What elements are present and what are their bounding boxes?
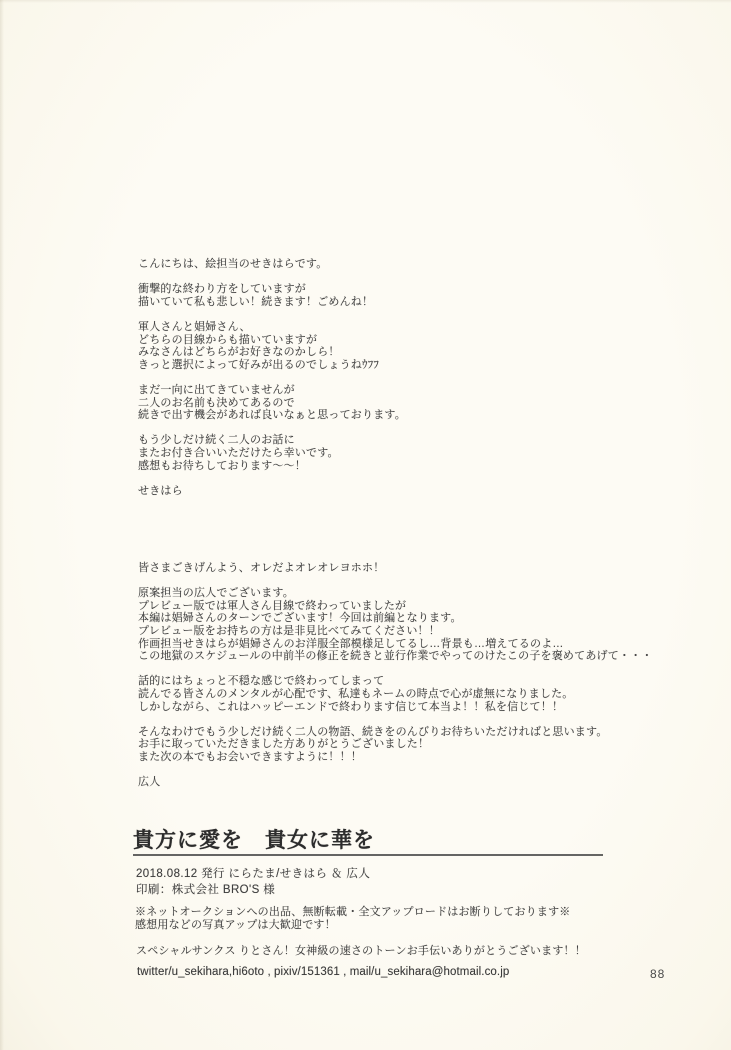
text-line: ※ネットオークションへの出品、無断転載・全文アップロードはお断りしております※ bbox=[135, 906, 570, 919]
text-line: また次の本でもお会いできますように！！！ bbox=[138, 751, 653, 764]
text-line bbox=[138, 371, 406, 384]
text-line: しかしながら、これはハッピーエンドで終わります信じて本当よ！！私を信じて！！ bbox=[138, 701, 653, 714]
text-line: 広人 bbox=[138, 776, 653, 789]
book-title: 貴方に愛を 貴女に華を bbox=[133, 824, 375, 854]
text-line: きっと選択によって好みが出るのでしょうねｳﾌﾌ bbox=[138, 359, 406, 372]
text-line: 感想もお待ちしております～～！ bbox=[138, 460, 406, 473]
text-line: プレビュー版をお持ちの方は是非見比べてみてください！！ bbox=[138, 625, 653, 638]
text-line: プレビュー版では軍人さん目線で終わっていましたが bbox=[138, 600, 653, 613]
text-line bbox=[138, 713, 653, 726]
text-line: 本編は娼婦さんのターンでございます！今回は前編となります。 bbox=[138, 612, 653, 625]
text-line: せきはら bbox=[138, 485, 406, 498]
text-line: 軍人さんと娼婦さん、 bbox=[138, 321, 406, 334]
printer-line: 印刷：株式会社 BRO'S 様 bbox=[136, 883, 370, 899]
text-line: 皆さまごきげんよう、オレだよオレオレヨホホ！ bbox=[138, 562, 653, 575]
page-number: 88 bbox=[650, 967, 665, 981]
text-line: お手に取っていただきました方ありがとうございました！ bbox=[138, 738, 653, 751]
text-line: この地獄のスケジュールの中前半の修正を続きと並行作業でやってのけたこの子を褒めて… bbox=[138, 650, 653, 663]
text-line: 読んでる皆さんのメンタルが心配です、私達もネームの時点で心が虚無になりました。 bbox=[138, 688, 653, 701]
scanned-page: こんにちは、絵担当のせきはらです。 衝撃的な終わり方をしていますが描いていて私も… bbox=[0, 0, 731, 1050]
text-line: 続きで出す機会があれば良いなぁと思っております。 bbox=[138, 409, 406, 422]
text-line: 描いていて私も悲しい！続きます！ごめんね！ bbox=[138, 296, 406, 309]
text-line bbox=[138, 663, 653, 676]
reprint-notice: ※ネットオークションへの出品、無断転載・全文アップロードはお断りしております※感… bbox=[135, 906, 570, 932]
text-line: まだ一向に出てきていませんが bbox=[138, 384, 406, 397]
artist-afterword-text: こんにちは、絵担当のせきはらです。 衝撃的な終わり方をしていますが描いていて私も… bbox=[138, 258, 406, 497]
text-line: 衝撃的な終わり方をしていますが bbox=[138, 283, 406, 296]
text-line bbox=[138, 422, 406, 435]
text-line: 原案担当の広人でございます。 bbox=[138, 587, 653, 600]
text-line: もう少しだけ続く二人のお話に bbox=[138, 434, 406, 447]
special-thanks: スペシャルサンクス りとさん！女神級の速さのトーンお手伝いありがとうございます！… bbox=[136, 942, 586, 958]
writer-afterword-text: 皆さまごきげんよう、オレだよオレオレヨホホ！ 原案担当の広人でございます。プレビ… bbox=[138, 562, 653, 789]
text-line: どちらの目線からも描いていますが bbox=[138, 334, 406, 347]
text-line: そんなわけでもう少しだけ続く二人の物語、続きをのんびりお待ちいただければと思いま… bbox=[138, 726, 653, 739]
text-line: 作画担当せきはらが娼婦さんのお洋服全部模様足してるし…背景も…増えてるのよ… bbox=[138, 638, 653, 651]
text-line: 話的にはちょっと不穏な感じで終わってしまって bbox=[138, 675, 653, 688]
title-divider bbox=[133, 854, 603, 856]
publication-info: 2018.08.12 発行 にらたま/せきはら ＆ 広人 印刷：株式会社 BRO… bbox=[136, 867, 370, 898]
contact-info: twitter/u_sekihara,hi6oto , pixiv/151361… bbox=[137, 966, 509, 978]
text-line bbox=[138, 308, 406, 321]
text-line bbox=[138, 271, 406, 284]
text-line: 感想用などの写真アップは大歓迎です！ bbox=[135, 919, 570, 932]
text-line: またお付き合いいただけたら幸いです。 bbox=[138, 447, 406, 460]
text-line: みなさんはどちらがお好きなのかしら！ bbox=[138, 346, 406, 359]
publication-date-line: 2018.08.12 発行 にらたま/せきはら ＆ 広人 bbox=[136, 867, 370, 883]
text-line bbox=[138, 575, 653, 588]
text-line bbox=[138, 764, 653, 777]
text-line: 二人のお名前も決めてあるので bbox=[138, 397, 406, 410]
text-line: こんにちは、絵担当のせきはらです。 bbox=[138, 258, 406, 271]
text-line bbox=[138, 472, 406, 485]
